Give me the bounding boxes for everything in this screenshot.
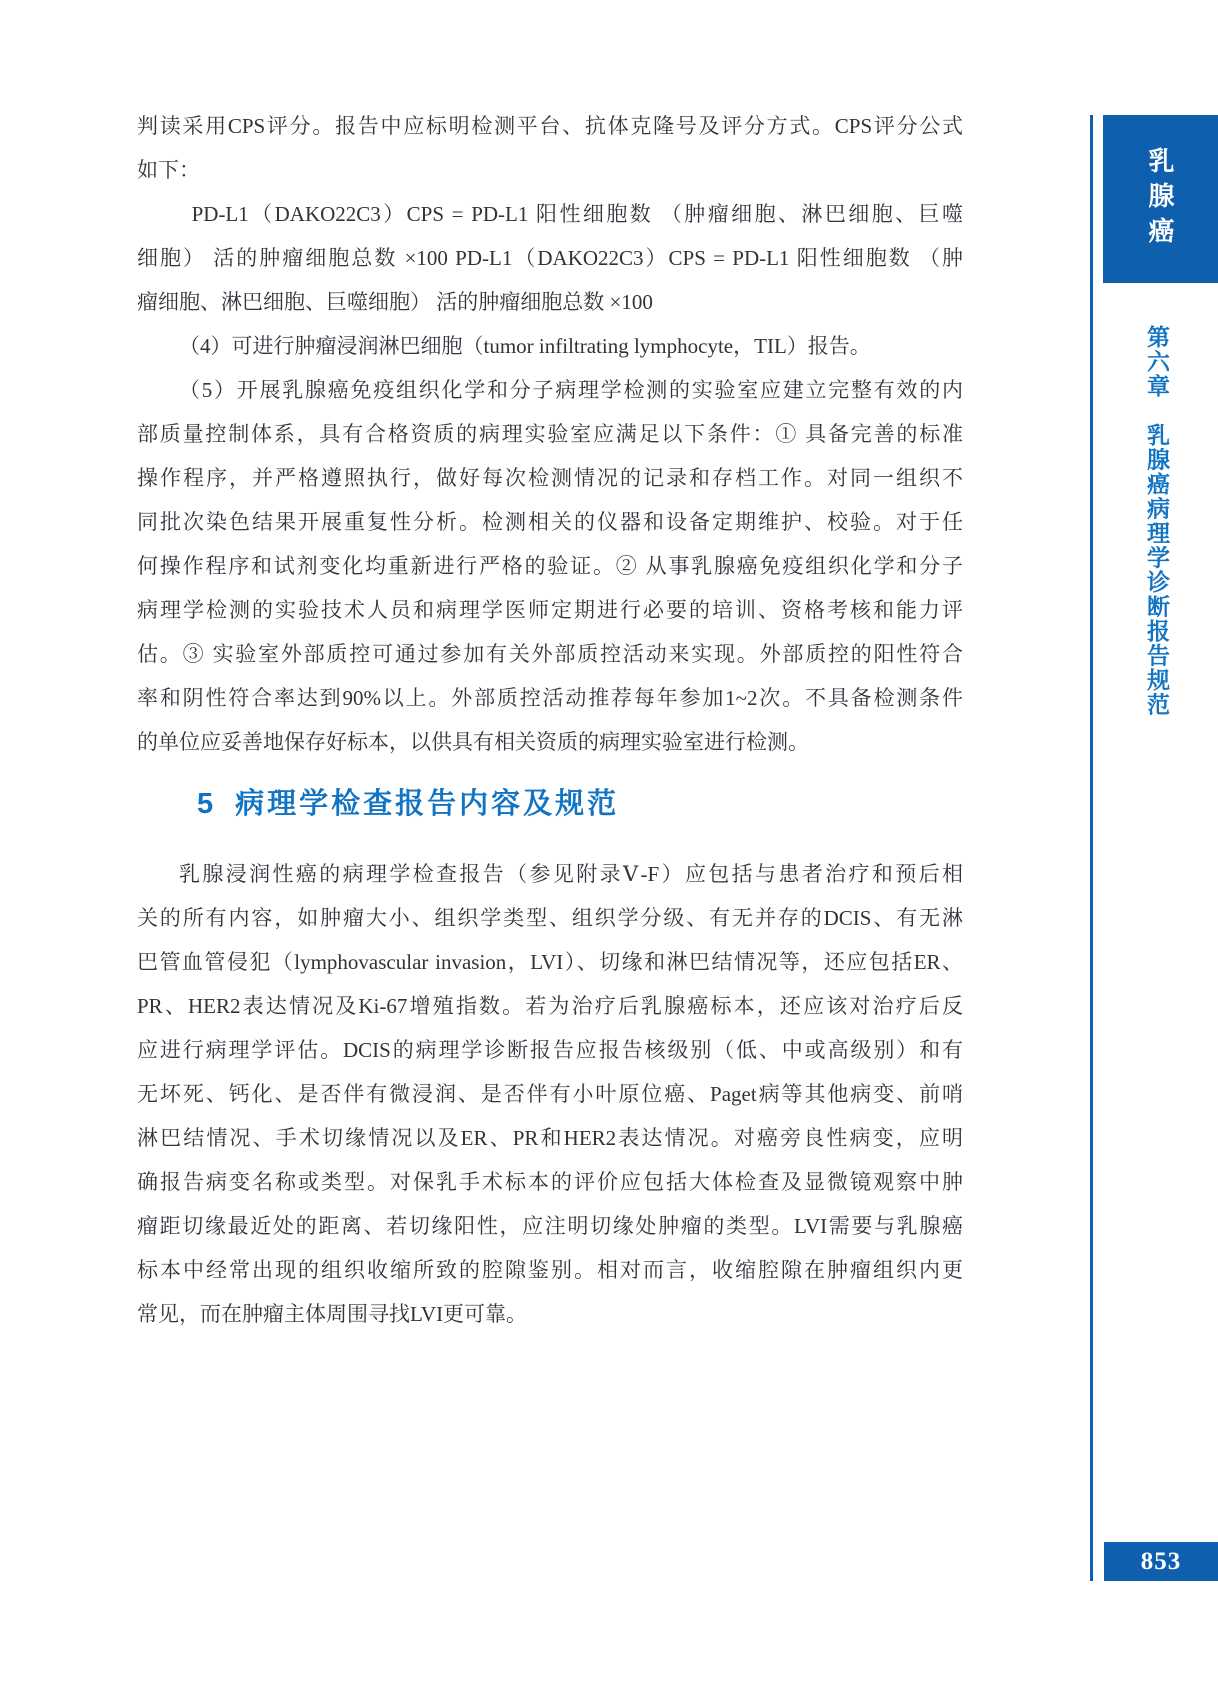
text-line: 标本中经常出现的组织收缩所致的腔隙鉴别。相对而言，收缩腔隙在肿瘤组织内更 xyxy=(137,1248,963,1292)
body-text-upper: 判读采用CPS评分。报告中应标明检测平台、抗体克隆号及评分方式。CPS评分公式如… xyxy=(137,104,963,764)
body-text-lower: 乳腺浸润性癌的病理学检查报告（参见附录Ⅴ-F）应包括与患者治疗和预后相关的所有内… xyxy=(137,852,963,1336)
text-line: 部质量控制体系，具有合格资质的病理实验室应满足以下条件：① 具备完善的标准 xyxy=(137,412,963,456)
text-line: 同批次染色结果开展重复性分析。检测相关的仪器和设备定期维护、校验。对于任 xyxy=(137,500,963,544)
text-line: 巴管血管侵犯（lymphovascular invasion，LVI）、切缘和淋… xyxy=(137,940,963,984)
text-line: 瘤细胞、淋巴细胞、巨噬细胞） 活的肿瘤细胞总数 ×100 xyxy=(137,280,963,324)
text-line: 估。③ 实验室外部质控可通过参加有关外部质控活动来实现。外部质控的阳性符合 xyxy=(137,632,963,676)
text-line: 淋巴结情况、手术切缘情况以及ER、PR和HER2表达情况。对癌旁良性病变，应明 xyxy=(137,1116,963,1160)
text-line: 应进行病理学评估。DCIS的病理学诊断报告应报告核级别（低、中或高级别）和有 xyxy=(137,1028,963,1072)
text-line: 常见，而在肿瘤主体周围寻找LVI更可靠。 xyxy=(137,1292,963,1336)
section-heading: 5病理学检查报告内容及规范 xyxy=(197,781,619,822)
chapter-tab: 乳腺癌 xyxy=(1103,115,1218,283)
text-line: 无坏死、钙化、是否伴有微浸润、是否伴有小叶原位癌、Paget病等其他病变、前哨 xyxy=(137,1072,963,1116)
section-title: 病理学检查报告内容及规范 xyxy=(235,788,619,820)
text-line: PR、HER2表达情况及Ki-67增殖指数。若为治疗后乳腺癌标本，还应该对治疗后… xyxy=(137,984,963,1028)
text-line: 关的所有内容，如肿瘤大小、组织学类型、组织学分级、有无并存的DCIS、有无淋 xyxy=(137,896,963,940)
text-line: 细胞） 活的肿瘤细胞总数 ×100 PD-L1（DAKO22C3）CPS = P… xyxy=(137,236,963,280)
sidebar-divider-line xyxy=(1090,115,1093,1581)
text-line: PD-L1（DAKO22C3）CPS = PD-L1 阳性细胞数 （肿瘤细胞、淋… xyxy=(137,192,963,236)
text-line: 病理学检测的实验技术人员和病理学医师定期进行必要的培训、资格考核和能力评 xyxy=(137,588,963,632)
text-line: 何操作程序和试剂变化均重新进行严格的验证。② 从事乳腺癌免疫组织化学和分子 xyxy=(137,544,963,588)
text-line: 率和阴性符合率达到90%以上。外部质控活动推荐每年参加1~2次。不具备检测条件 xyxy=(137,676,963,720)
chapter-tab-label: 乳腺癌 xyxy=(1142,147,1179,252)
text-line: 操作程序，并严格遵照执行，做好每次检测情况的记录和存档工作。对同一组织不 xyxy=(137,456,963,500)
document-page: 判读采用CPS评分。报告中应标明检测平台、抗体克隆号及评分方式。CPS评分公式如… xyxy=(0,0,1218,1696)
section-number: 5 xyxy=(197,788,213,820)
text-line: 如下： xyxy=(137,148,963,192)
page-number-box: 853 xyxy=(1104,1542,1218,1581)
text-line: 确报告病变名称或类型。对保乳手术标本的评价应包括大体检查及显微镜观察中肿 xyxy=(137,1160,963,1204)
page-number: 853 xyxy=(1141,1548,1182,1576)
text-line: 判读采用CPS评分。报告中应标明检测平台、抗体克隆号及评分方式。CPS评分公式 xyxy=(137,104,963,148)
chapter-title-vertical: 第六章 乳腺癌病理学诊断报告规范 xyxy=(1140,325,1173,717)
text-line: 乳腺浸润性癌的病理学检查报告（参见附录Ⅴ-F）应包括与患者治疗和预后相 xyxy=(137,852,963,896)
text-line: 的单位应妥善地保存好标本，以供具有相关资质的病理实验室进行检测。 xyxy=(137,720,963,764)
text-line: 瘤距切缘最近处的距离、若切缘阳性，应注明切缘处肿瘤的类型。LVI需要与乳腺癌 xyxy=(137,1204,963,1248)
text-line: （4）可进行肿瘤浸润淋巴细胞（tumor infiltrating lympho… xyxy=(137,324,963,368)
text-line: （5）开展乳腺癌免疫组织化学和分子病理学检测的实验室应建立完整有效的内 xyxy=(137,368,963,412)
